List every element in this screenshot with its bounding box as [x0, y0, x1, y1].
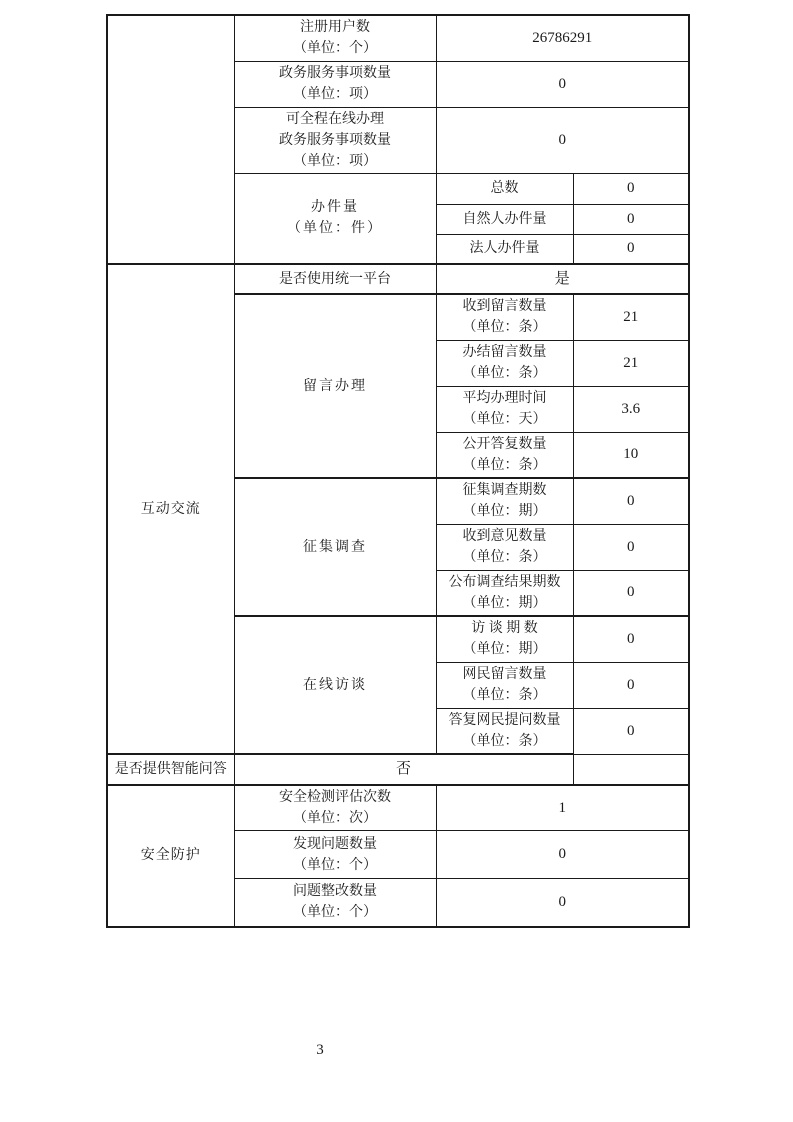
unified-platform-label: 是否使用统一平台 [234, 264, 436, 294]
page-number: 3 [300, 1042, 340, 1059]
unified-platform-value: 是 [436, 264, 689, 294]
handled-volume-legal-person-value: 0 [573, 234, 689, 264]
problems-rectified-label: 问题整改数量 （单位：个） [234, 879, 436, 927]
interview-netizen-messages-label: 网民留言数量 （单位：条） [436, 662, 573, 708]
document-page: { "page_number": "3", "colors": { "borde… [0, 0, 793, 1122]
messages-completed-value: 21 [573, 340, 689, 386]
messages-received-label: 收到留言数量 （单位：条） [436, 294, 573, 340]
public-replies-label: 公开答复数量 （单位：条） [436, 432, 573, 478]
problems-found-value: 0 [436, 831, 689, 879]
survey-periods-value: 0 [573, 478, 689, 524]
avg-handling-time-value: 3.6 [573, 386, 689, 432]
service-section-category [107, 15, 234, 264]
messages-completed-label: 办结留言数量 （单位：条） [436, 340, 573, 386]
survey-label: 征集调查 [234, 478, 436, 616]
handled-volume-label: 办件量 （单位：件） [234, 173, 436, 264]
interview-periods-value: 0 [573, 616, 689, 662]
problems-found-label: 发现问题数量 （单位：个） [234, 831, 436, 879]
statistics-table: 注册用户数 （单位：个） 26786291 政务服务事项数量 （单位：项） 0 … [106, 14, 690, 928]
message-handling-label: 留言办理 [234, 294, 436, 478]
survey-opinions-value: 0 [573, 524, 689, 570]
interview-replies-value: 0 [573, 708, 689, 754]
public-replies-value: 10 [573, 432, 689, 478]
online-service-items-label: 可全程在线办理 政务服务事项数量 （单位：项） [234, 107, 436, 173]
handled-volume-natural-person-label: 自然人办件量 [436, 204, 573, 234]
handled-volume-total-label: 总数 [436, 173, 573, 204]
online-service-items-value: 0 [436, 107, 689, 173]
security-assessments-value: 1 [436, 785, 689, 831]
handled-volume-legal-person-label: 法人办件量 [436, 234, 573, 264]
interview-label: 在线访谈 [234, 616, 436, 754]
survey-periods-label: 征集调查期数 （单位：期） [436, 478, 573, 524]
smart-qa-value: 否 [234, 754, 573, 785]
interview-netizen-messages-value: 0 [573, 662, 689, 708]
survey-opinions-label: 收到意见数量 （单位：条） [436, 524, 573, 570]
security-section-category: 安全防护 [107, 785, 234, 927]
smart-qa-label: 是否提供智能问答 [107, 754, 234, 785]
interview-replies-label: 答复网民提问数量 （单位：条） [436, 708, 573, 754]
handled-volume-total-value: 0 [573, 173, 689, 204]
service-items-label: 政务服务事项数量 （单位：项） [234, 61, 436, 107]
survey-published-results-value: 0 [573, 570, 689, 616]
interview-periods-label: 访 谈 期 数 （单位：期） [436, 616, 573, 662]
survey-published-results-label: 公布调查结果期数 （单位：期） [436, 570, 573, 616]
service-items-value: 0 [436, 61, 689, 107]
interaction-section-category: 互动交流 [107, 264, 234, 754]
avg-handling-time-label: 平均办理时间 （单位：天） [436, 386, 573, 432]
problems-rectified-value: 0 [436, 879, 689, 927]
registered-users-value: 26786291 [436, 15, 689, 61]
registered-users-label: 注册用户数 （单位：个） [234, 15, 436, 61]
security-assessments-label: 安全检测评估次数 （单位：次） [234, 785, 436, 831]
handled-volume-natural-person-value: 0 [573, 204, 689, 234]
messages-received-value: 21 [573, 294, 689, 340]
